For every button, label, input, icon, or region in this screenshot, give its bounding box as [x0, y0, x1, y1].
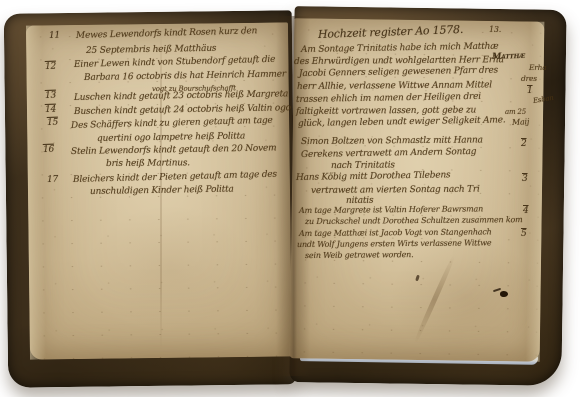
page-number: 13.	[489, 25, 501, 34]
marriage-entry-line: zu Druckschel undt Dorothea Schultzen zu…	[305, 215, 523, 226]
margin-note: Matthæ	[492, 51, 525, 62]
baptism-entry-number: 11	[49, 30, 61, 41]
margin-note: am 25	[505, 108, 526, 116]
marriage-entry-line: Simon Boltzen von Schmastlz mitt Hanna	[301, 135, 483, 147]
margin-entry-number: 4	[523, 206, 529, 216]
baptism-entry-number: 17	[47, 175, 58, 185]
baptism-entry-number: 12	[45, 62, 56, 72]
margin-note: Erha	[529, 63, 547, 72]
marriage-entry-line: nach Trinitatis	[331, 160, 395, 171]
baptism-entry-number: 16	[43, 145, 54, 155]
margin-entry-number: 5	[521, 229, 527, 239]
stain	[88, 205, 253, 330]
baptism-entry-line: bris heiß Martinus.	[106, 158, 190, 169]
ink-blot	[500, 291, 508, 297]
margin-entry-number: 2	[521, 139, 527, 149]
marriage-entry-line: Am tage Matthæi ist Jacob Vogt von Stang…	[299, 227, 492, 238]
baptism-entry-number: 14	[45, 105, 56, 115]
baptism-entry-number: 15	[47, 118, 58, 128]
manuscript-photo: 11 Mewes Lewendorfs kindt Rosen kurz den…	[0, 0, 580, 397]
marriage-entry-line: undt Wolf Jungens ersten Wirts verlassen…	[297, 238, 491, 249]
margin-note: Maij	[512, 117, 530, 127]
margin-note: dres	[521, 74, 537, 83]
marriage-intro-line: faltigkeitt vortrawen lassen, gott gebe …	[296, 105, 476, 117]
marriage-entry-line: vertrawett am vierten Sontag nach Tri	[311, 185, 480, 196]
margin-entry-number: 3	[522, 174, 528, 184]
marriage-intro-line: herr Allhie, verlassene Wittwe Annam Mit…	[297, 80, 492, 92]
marriage-entry-line: Am tage Margrete ist Valtin Hoferer Bawr…	[299, 204, 483, 215]
marriage-entry-line: sein Weib getrawet worden.	[305, 250, 414, 260]
baptism-entry-number: 13	[45, 91, 56, 101]
margin-entry-number: 1	[527, 86, 533, 96]
